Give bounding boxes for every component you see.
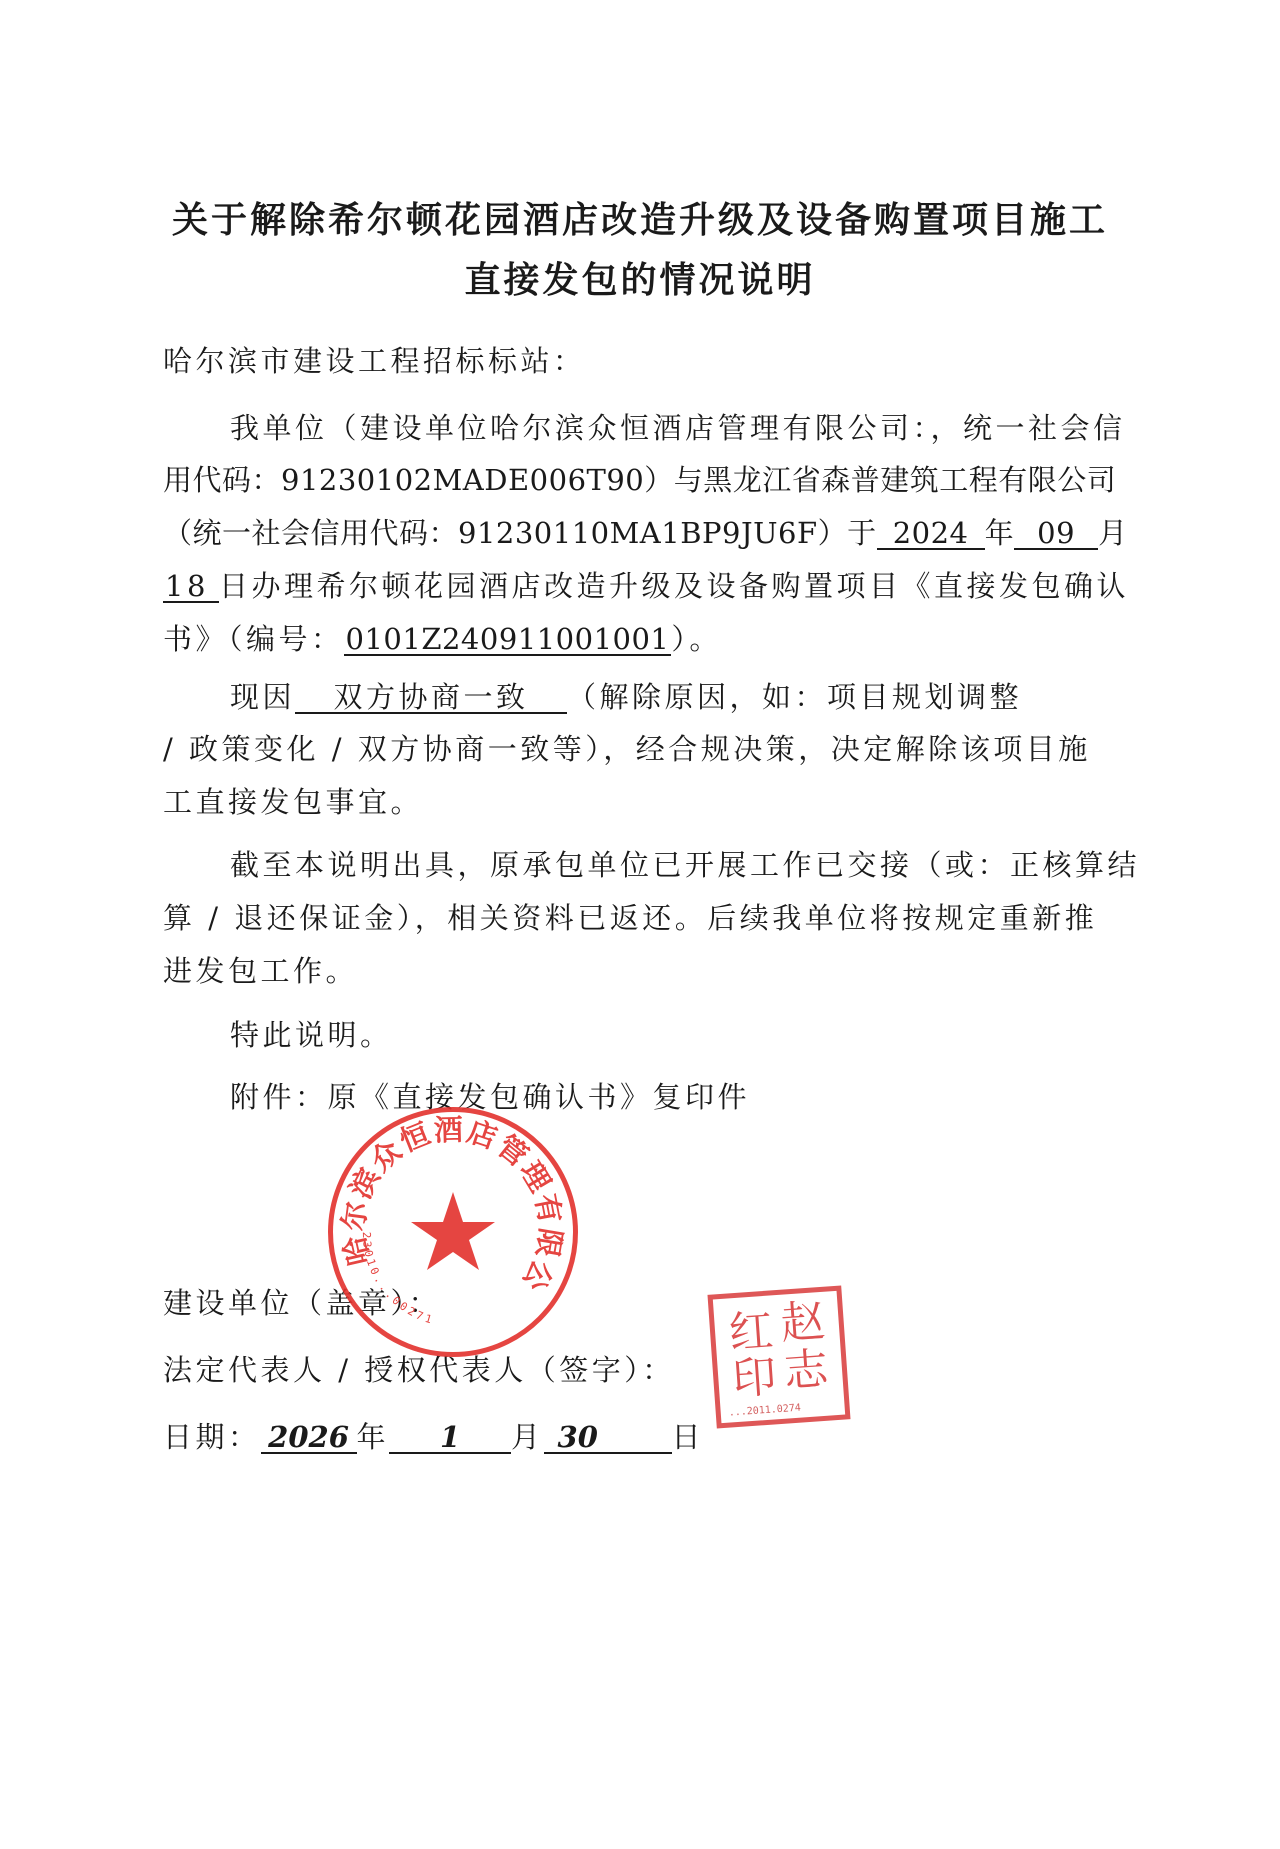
company-seal-graphic: 哈尔滨众恒酒店管理有限公司 23010...00271 (333, 1112, 573, 1352)
company-seal: 哈尔滨众恒酒店管理有限公司 23010...00271 (328, 1107, 578, 1357)
personal-seal-char-1: 赵 (779, 1300, 826, 1347)
para1-line5-suffix: ）。 (671, 622, 722, 656)
sign-month-suffix: 月 (511, 1420, 544, 1454)
day-field: 18 (163, 571, 219, 603)
sign-day-field: 30 (544, 1422, 672, 1454)
para1-line1: 我单位（建设单位哈尔滨众恒酒店管理有限公司：，统一社会信 (230, 411, 1210, 445)
contract-number: 0101Z240911001001 (344, 624, 672, 656)
document-page: 关于解除希尔顿花园酒店改造升级及设备购置项目施工 直接发包的情况说明 哈尔滨市建… (0, 0, 1280, 1849)
para2-line3: 工直接发包事宜。 (163, 785, 1143, 819)
year-field: 2024 (877, 518, 985, 550)
star-icon (411, 1192, 495, 1270)
reason-field: 双方协商一致 (295, 682, 567, 714)
para1-line4: 18日办理希尔顿花园酒店改造升级及设备购置项目《直接发包确认 (163, 569, 1143, 603)
unit-seal-label: 建设单位（盖章）： (163, 1286, 1143, 1320)
para2-prefix: 现因 (230, 680, 295, 714)
representative-signature-label: 法定代表人 / 授权代表人（签字）： (163, 1353, 1143, 1387)
year-suffix: 年 (985, 516, 1015, 550)
para1-line2: 用代码：91230102MADE006T90）与黑龙江省森普建筑工程有限公司 (163, 463, 1143, 497)
addressee: 哈尔滨市建设工程招标标站： (163, 344, 1143, 378)
month-suffix: 月 (1098, 516, 1128, 550)
document-title-line-2: 直接发包的情况说明 (0, 263, 1280, 299)
date-label: 日期： (163, 1420, 261, 1454)
para2-line1-rest: （解除原因，如：项目规划调整 (567, 680, 1022, 714)
para3-line2: 算 / 退还保证金），相关资料已返还。后续我单位将按规定重新推 (163, 901, 1143, 935)
para1-line3-prefix: （统一社会信用代码：91230110MA1BP9JU6F）于 (163, 516, 877, 550)
para3-line1: 截至本说明出具，原承包单位已开展工作已交接（或：正核算结 (230, 848, 1210, 882)
para1-line3: （统一社会信用代码：91230110MA1BP9JU6F）于2024年09月 (163, 516, 1143, 550)
personal-seal-code: ...2011.0274 (728, 1403, 801, 1419)
svg-text:23010...00271: 23010...00271 (360, 1232, 436, 1327)
sign-year-field: 2026 (261, 1422, 357, 1454)
personal-seal-char-3: 红 (728, 1309, 775, 1356)
sign-day-suffix: 日 (672, 1420, 705, 1454)
personal-seal: 赵 志 红 印 ...2011.0274 (707, 1285, 850, 1428)
para1-line5: 书》（编号：0101Z240911001001）。 (163, 622, 1143, 656)
para1-line4-rest: 日办理希尔顿花园酒店改造升级及设备购置项目《直接发包确认 (219, 569, 1129, 603)
para2-line1: 现因双方协商一致（解除原因，如：项目规划调整 (230, 680, 1210, 714)
para1-line5-prefix: 书》（编号： (163, 622, 344, 656)
personal-seal-char-4: 印 (731, 1355, 778, 1402)
company-seal-code: 23010...00271 (360, 1232, 436, 1327)
sign-month-field: 1 (389, 1422, 511, 1454)
signature-date: 日期：2026年1月30日 (163, 1420, 1143, 1454)
attachment-note: 附件：原《直接发包确认书》复印件 (230, 1080, 1210, 1114)
document-title-line-1: 关于解除希尔顿花园酒店改造升级及设备购置项目施工 (0, 203, 1280, 239)
sign-year-suffix: 年 (357, 1420, 390, 1454)
month-field: 09 (1014, 518, 1098, 550)
para2-line2: / 政策变化 / 双方协商一致等），经合规决策，决定解除该项目施 (163, 732, 1143, 766)
para3-line3: 进发包工作。 (163, 954, 1143, 988)
personal-seal-char-2: 志 (783, 1348, 830, 1395)
closing-statement: 特此说明。 (230, 1018, 1210, 1052)
